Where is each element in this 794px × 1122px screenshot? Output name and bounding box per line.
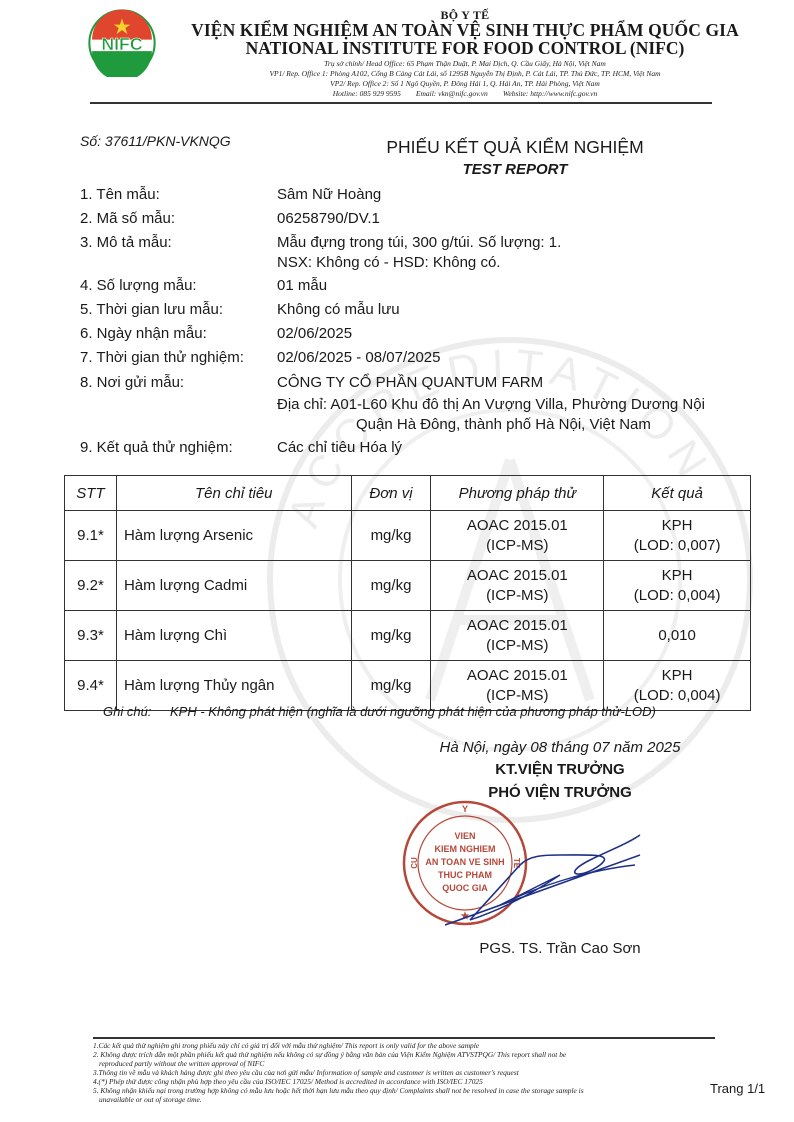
field-label-test-period: 7. Thời gian thử nghiệm: xyxy=(80,349,244,366)
footer-note: 1.Các kết quả thử nghiệm ghi trong phiếu… xyxy=(93,1041,718,1050)
field-value-sender-address-2: Quận Hà Đông, thành phố Hà Nội, Việt Nam xyxy=(356,416,651,433)
table-row: 9.3* Hàm lượng Chì mg/kg AOAC 2015.01(IC… xyxy=(65,611,751,661)
cell-stt: 9.3* xyxy=(65,611,117,661)
note-text: KPH - Không phát hiện (nghĩa là dưới ngư… xyxy=(170,704,656,719)
cell-method: AOAC 2015.01(ICP-MS) xyxy=(431,561,604,611)
contact-line: Hotline: 085 929 9595 Email: vkn@nifc.go… xyxy=(150,89,780,98)
result-lod: (LOD: 0,004) xyxy=(605,586,749,606)
header-divider xyxy=(90,102,712,104)
nifc-logo: NIFC xyxy=(88,9,156,77)
email-link[interactable]: Email: vkn@nifc.gov.vn xyxy=(416,89,488,98)
head-office-address: Trụ sở chính/ Head Office: 65 Phạm Thận … xyxy=(150,59,780,68)
signer-name: PGS. TS. Trần Cao Sơn xyxy=(390,940,730,957)
result-value: KPH xyxy=(605,566,749,586)
field-value-test-period: 02/06/2025 - 08/07/2025 xyxy=(277,349,440,366)
cell-result: KPH(LOD: 0,004) xyxy=(604,561,751,611)
footer-divider xyxy=(93,1037,715,1039)
document-number: Số: 37611/PKN-VKNQG xyxy=(80,133,231,149)
field-value-description-dates: NSX: Không có - HSD: Không có. xyxy=(277,254,500,271)
footer-note: 2. Không được trích dẫn một phần phiếu k… xyxy=(93,1050,718,1059)
table-row: 9.1* Hàm lượng Arsenic mg/kg AOAC 2015.0… xyxy=(65,511,751,561)
cell-indicator: Hàm lượng Chì xyxy=(116,611,351,661)
result-lod: (LOD: 0,004) xyxy=(605,686,749,706)
method-technique: (ICP-MS) xyxy=(432,586,602,606)
cell-method: AOAC 2015.01(ICP-MS) xyxy=(431,611,604,661)
col-header-result: Kết quả xyxy=(604,476,751,511)
field-value-received-date: 02/06/2025 xyxy=(277,325,352,342)
field-value-retention: Không có mẫu lưu xyxy=(277,301,400,318)
footer-note: unavailable or out of storage time. xyxy=(93,1095,718,1104)
document-title: PHIẾU KẾT QUẢ KIỂM NGHIỆM xyxy=(340,137,690,158)
table-row: 9.4* Hàm lượng Thủy ngân mg/kg AOAC 2015… xyxy=(65,661,751,711)
page-number: Trang 1/1 xyxy=(710,1081,765,1096)
field-value-test-result: Các chỉ tiêu Hóa lý xyxy=(277,439,402,456)
field-label-test-result: 9. Kết quả thử nghiệm: xyxy=(80,439,233,456)
method-technique: (ICP-MS) xyxy=(432,686,602,706)
cell-result: KPH(LOD: 0,004) xyxy=(604,661,751,711)
col-header-stt: STT xyxy=(65,476,117,511)
signer-role-1: KT.VIỆN TRƯỞNG xyxy=(390,761,730,778)
col-header-method: Phương pháp thử xyxy=(431,476,604,511)
method-name: AOAC 2015.01 xyxy=(432,666,602,686)
field-label-retention: 5. Thời gian lưu mẫu: xyxy=(80,301,223,318)
svg-text:NIFC: NIFC xyxy=(101,34,142,54)
result-lod: (LOD: 0,007) xyxy=(605,536,749,556)
document-subtitle: TEST REPORT xyxy=(340,161,690,178)
method-name: AOAC 2015.01 xyxy=(432,616,602,636)
footer-note: reproduced partly without the written ap… xyxy=(93,1059,718,1068)
footer-notes: 1.Các kết quả thử nghiệm ghi trong phiếu… xyxy=(93,1041,718,1104)
hotline: Hotline: 085 929 9595 xyxy=(333,89,401,98)
cell-unit: mg/kg xyxy=(351,511,431,561)
field-value-description: Mẫu đựng trong túi, 300 g/túi. Số lượng:… xyxy=(277,234,561,251)
footer-note: 5. Không nhận khiếu nại trong trường hợp… xyxy=(93,1086,718,1095)
table-row: 9.2* Hàm lượng Cadmi mg/kg AOAC 2015.01(… xyxy=(65,561,751,611)
field-value-sender-address: Địa chỉ: A01-L60 Khu đô thị An Vượng Vil… xyxy=(277,396,705,413)
svg-text:Y: Y xyxy=(462,804,468,814)
institute-name-en: NATIONAL INSTITUTE FOR FOOD CONTROL (NIF… xyxy=(150,38,780,59)
result-value: 0,010 xyxy=(605,626,749,646)
cell-stt: 9.2* xyxy=(65,561,117,611)
cell-unit: mg/kg xyxy=(351,661,431,711)
field-label-received-date: 6. Ngày nhận mẫu: xyxy=(80,325,207,342)
field-value-sample-name: Sâm Nữ Hoàng xyxy=(277,186,381,203)
method-technique: (ICP-MS) xyxy=(432,536,602,556)
handwritten-signature xyxy=(440,825,650,940)
method-technique: (ICP-MS) xyxy=(432,636,602,656)
result-value: KPH xyxy=(605,516,749,536)
cell-stt: 9.4* xyxy=(65,661,117,711)
cell-unit: mg/kg xyxy=(351,611,431,661)
field-label-sender: 8. Nơi gửi mẫu: xyxy=(80,374,184,391)
cell-indicator: Hàm lượng Cadmi xyxy=(116,561,351,611)
cell-stt: 9.1* xyxy=(65,511,117,561)
table-header-row: STT Tên chỉ tiêu Đơn vị Phương pháp thử … xyxy=(65,476,751,511)
table-note: Ghi chú:KPH - Không phát hiện (nghĩa là … xyxy=(103,704,656,719)
cell-result: KPH(LOD: 0,007) xyxy=(604,511,751,561)
cell-unit: mg/kg xyxy=(351,561,431,611)
footer-note: 4.(*) Phép thử được công nhận phù hợp th… xyxy=(93,1077,718,1086)
field-label-description: 3. Mô tả mẫu: xyxy=(80,234,172,251)
note-label: Ghi chú: xyxy=(103,704,170,719)
col-header-unit: Đơn vị xyxy=(351,476,431,511)
field-label-sample-code: 2. Mã số mẫu: xyxy=(80,210,175,227)
field-label-sample-name: 1. Tên mẫu: xyxy=(80,186,160,203)
method-name: AOAC 2015.01 xyxy=(432,566,602,586)
signing-date: Hà Nội, ngày 08 tháng 07 năm 2025 xyxy=(390,739,730,756)
cell-indicator: Hàm lượng Arsenic xyxy=(116,511,351,561)
footer-note: 3.Thông tin về mẫu và khách hàng được gh… xyxy=(93,1068,718,1077)
cell-indicator: Hàm lượng Thủy ngân xyxy=(116,661,351,711)
field-value-quantity: 01 mẫu xyxy=(277,277,327,294)
method-name: AOAC 2015.01 xyxy=(432,516,602,536)
cell-method: AOAC 2015.01(ICP-MS) xyxy=(431,661,604,711)
website-link[interactable]: Website: http://www.nifc.gov.vn xyxy=(503,89,597,98)
col-header-indicator: Tên chỉ tiêu xyxy=(116,476,351,511)
rep-office-2-address: VP2/ Rep. Office 2: Số 1 Ngô Quyền, P. Đ… xyxy=(150,79,780,88)
rep-office-1-address: VP1/ Rep. Office 1: Phòng A102, Cổng B C… xyxy=(150,69,780,78)
field-value-sample-code: 06258790/DV.1 xyxy=(277,210,380,227)
field-label-quantity: 4. Số lượng mẫu: xyxy=(80,277,197,294)
result-value: KPH xyxy=(605,666,749,686)
field-value-sender-company: CÔNG TY CỔ PHẦN QUANTUM FARM xyxy=(277,374,543,391)
cell-result: 0,010 xyxy=(604,611,751,661)
cell-method: AOAC 2015.01(ICP-MS) xyxy=(431,511,604,561)
results-table: STT Tên chỉ tiêu Đơn vị Phương pháp thử … xyxy=(64,475,751,711)
svg-text:CU: CU xyxy=(410,857,419,869)
